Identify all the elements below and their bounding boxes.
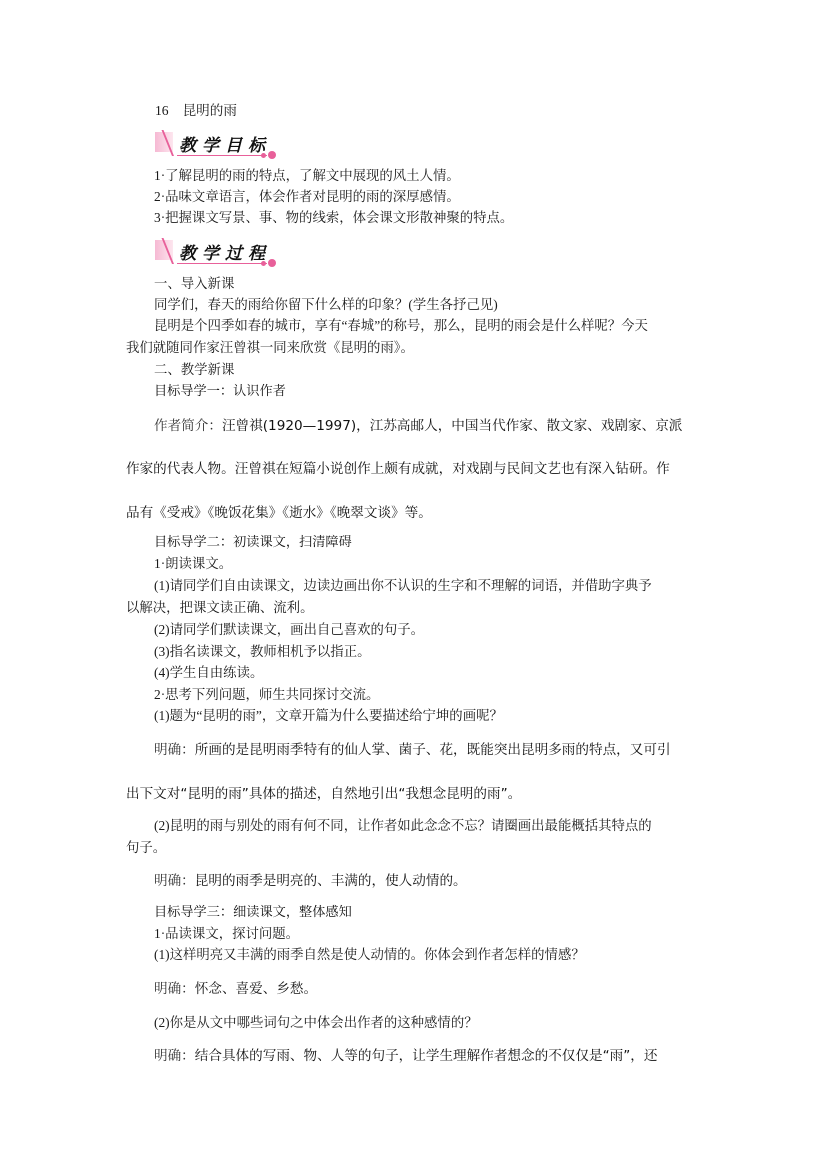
- list-item: (1)请同学们自由读课文，边读边画出你不认识的生字和不理解的词语，并借助字典予: [154, 578, 652, 594]
- list-item-continued: 以解决，把课文读正确、流利。: [126, 600, 313, 616]
- list-item: (4)学生自由练读。: [154, 665, 263, 681]
- lesson-title: 16昆明的雨: [155, 103, 237, 119]
- goal-item: 3·把握课文写景、事、物的线索，体会课文形散神聚的特点。: [154, 210, 513, 226]
- paragraph: 同学们，春天的雨给你留下什么样的印象？(学生各抒己见): [154, 297, 498, 313]
- list-item: 1·品读课文，探讨问题。: [154, 926, 299, 942]
- answer: 明确：怀念、喜爱、乡愁。: [154, 981, 317, 997]
- answer-text: 昆明的雨季是明亮的、丰满的，使人动情的。: [195, 873, 467, 889]
- answer: 明确：昆明的雨季是明亮的、丰满的，使人动情的。: [154, 873, 467, 889]
- subsection-heading: 二、教学新课: [154, 362, 234, 378]
- subsection-heading: 一、导入新课: [154, 276, 234, 292]
- section-heading-goals: 教学目标: [155, 130, 275, 160]
- section-title: 教学目标: [179, 131, 271, 156]
- list-item: 1·朗读课文。: [154, 556, 232, 572]
- author-intro-continued: 作家的代表人物。汪曾祺在短篇小说创作上颇有成就，对戏剧与民间文艺也有深入钻研。作: [126, 461, 670, 477]
- author-intro-label: 作者简介：: [154, 418, 222, 433]
- goal-item: 2·品味文章语言，体会作者对昆明的雨的深厚感情。: [154, 189, 460, 205]
- lesson-name: 昆明的雨: [183, 103, 237, 118]
- paragraph-text: 昆明是个四季如春的城市，享有“春城”的称号，那么，昆明的雨会是什么样呢？今天: [154, 318, 648, 334]
- answer-text: 怀念、喜爱、乡愁。: [195, 981, 317, 997]
- question-continued: 句子。: [126, 840, 166, 856]
- paragraph: 昆明是个四季如春的城市，享有“春城”的称号，那么，昆明的雨会是什么样呢？今天: [154, 318, 702, 334]
- question: (1)这样明亮又丰满的雨季自然是使人动情的。你体会到作者怎样的情感？: [154, 947, 585, 963]
- list-item: (3)指名读课文，教师相机予以指正。: [154, 644, 370, 660]
- answer-label: 明确：: [154, 981, 195, 996]
- answer: 明确：结合具体的写雨、物、人等的句子，让学生理解作者想念的不仅仅是“雨”，还: [154, 1048, 657, 1064]
- answer: 明确：所画的是昆明雨季特有的仙人掌、菌子、花，既能突出昆明多雨的特点，又可引: [154, 742, 671, 758]
- goal-guide-heading: 目标导学三：细读课文，整体感知: [154, 905, 352, 921]
- goal-guide-heading: 目标导学二：初读课文，扫清障碍: [154, 535, 352, 551]
- paragraph-continued: 我们就随同作家汪曾祺一同来欣赏《昆明的雨》。: [126, 340, 414, 356]
- question: (2)你是从文中哪些词句之中体会出作者的这种感情的？: [154, 1015, 478, 1031]
- goal-guide-heading: 目标导学一：认识作者: [154, 384, 286, 400]
- answer-text: 所画的是昆明雨季特有的仙人掌、菌子、花，既能突出昆明多雨的特点，又可引: [195, 742, 671, 758]
- answer-label: 明确：: [154, 873, 195, 888]
- answer-continued: 出下文对“昆明的雨”具体的描述，自然地引出“我想念昆明的雨”。: [126, 786, 521, 802]
- answer-label: 明确：: [154, 1048, 195, 1063]
- answer-label: 明确：: [154, 742, 195, 757]
- section-heading-process: 教学过程: [155, 238, 275, 268]
- author-intro-continued: 品有《受戒》《晚饭花集》《逝水》《晚翠文谈》等。: [126, 505, 432, 521]
- author-intro-text: 汪曾祺(1920—1997)，江苏高邮人，中国当代作家、散文家、戏剧家、京派: [222, 418, 682, 434]
- lesson-number: 16: [155, 103, 169, 118]
- list-item: 2·思考下列问题，师生共同探讨交流。: [154, 687, 379, 703]
- section-title: 教学过程: [179, 239, 271, 264]
- question: (1)题为“昆明的雨”，文章开篇为什么要描述给宁坤的画呢？: [154, 708, 503, 724]
- document-page: 16昆明的雨 教学目标 1·了解昆明的雨的特点，了解文中展现的风土人情。 2·品…: [0, 0, 827, 1169]
- list-item: (2)请同学们默读课文，画出自己喜欢的句子。: [154, 622, 424, 638]
- author-intro: 作者简介：汪曾祺(1920—1997)，江苏高邮人，中国当代作家、散文家、戏剧家…: [154, 418, 682, 434]
- answer-text: 结合具体的写雨、物、人等的句子，让学生理解作者想念的不仅仅是“雨”，还: [195, 1048, 658, 1064]
- goal-item: 1·了解昆明的雨的特点，了解文中展现的风土人情。: [154, 168, 460, 184]
- question: (2)昆明的雨与别处的雨有何不同，让作者如此念念不忘？请圈画出最能概括其特点的: [154, 818, 652, 834]
